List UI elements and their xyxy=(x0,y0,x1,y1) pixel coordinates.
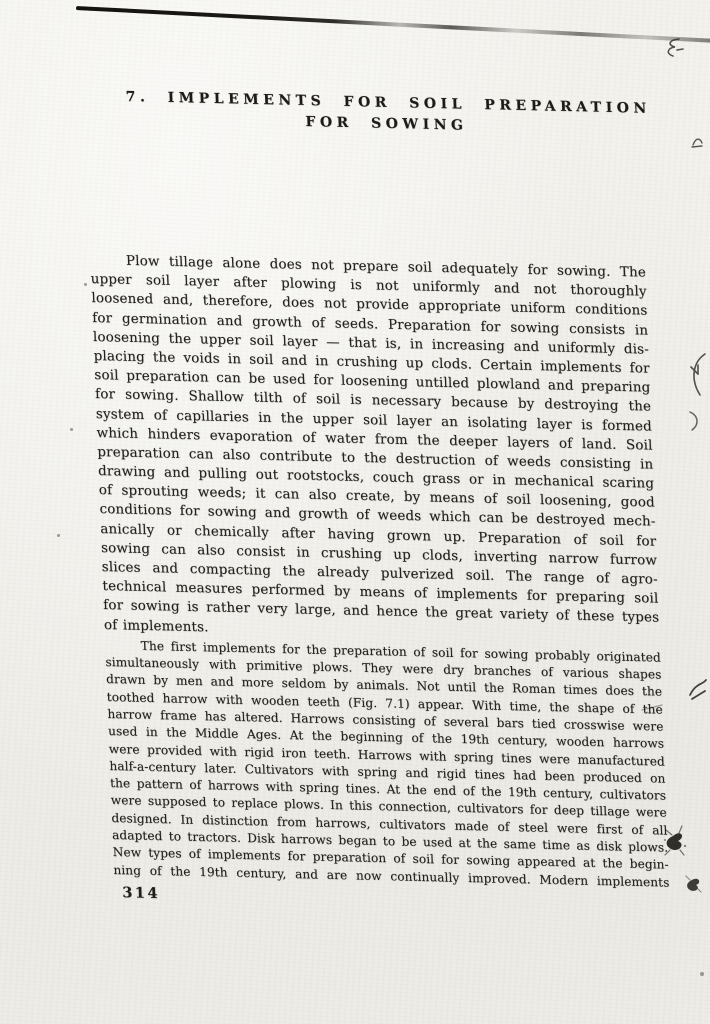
scanned-book-page: 7. IMPLEMENTS FOR SOIL PREPARATION FOR S… xyxy=(0,0,710,1024)
handwritten-scribble xyxy=(688,678,710,702)
paragraph-lead: Plow tillage alone does not prepare soil… xyxy=(90,251,661,647)
handwritten-scribble xyxy=(686,408,702,434)
ink-speck xyxy=(57,534,60,537)
ink-speck xyxy=(700,972,704,976)
page-content: 7. IMPLEMENTS FOR SOIL PREPARATION FOR S… xyxy=(80,0,671,914)
ink-smudge xyxy=(690,134,706,150)
ink-speck xyxy=(70,428,73,431)
handwritten-scribble xyxy=(686,352,708,398)
ink-speck xyxy=(84,283,87,286)
chapter-title: 7. IMPLEMENTS FOR SOIL PREPARATION FOR S… xyxy=(125,87,647,141)
paragraph-smallprint: The first implements for the preparation… xyxy=(104,637,669,892)
ink-blot xyxy=(684,872,704,896)
